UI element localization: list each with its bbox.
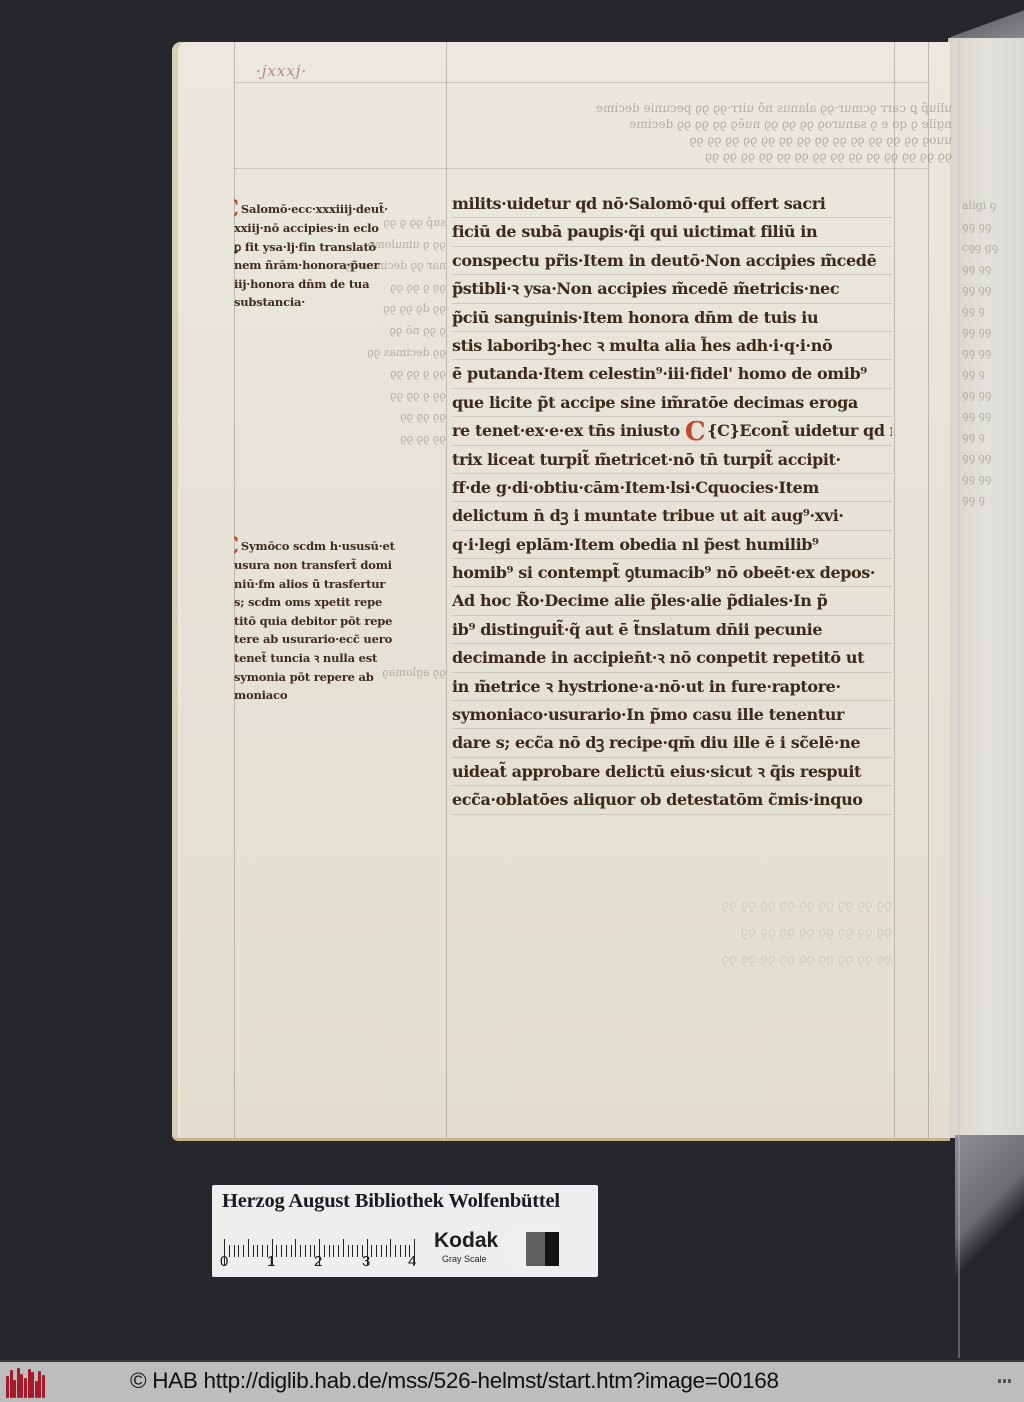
ruler-tick [300,1245,301,1257]
manuscript-viewer: ·jxxxj· uliup̃ ꝑ carr ꝯcmur·ꝯꝯ alanus nõ… [0,0,1024,1360]
ruler-tick [405,1245,406,1257]
show-through-lower: ꝯꝯ ꝯꝯ ꝯꝯ ꝯꝯ ꝯꝯ ꝯꝯ ꝯꝯ ꝯꝯ ꝯꝯ ꝯꝯ ꝯꝯ ꝯꝯ ꝯꝯ ꝯ… [452,892,892,973]
ruler-label: 2 [314,1253,322,1270]
marginal-gloss-2: CSymōco scdm h·ususū·et usura non transf… [234,536,444,705]
ruler-tick [276,1245,277,1257]
ruler-tick [348,1245,349,1257]
ruler-label: 4 [408,1253,416,1270]
rubric-initial: C [234,199,239,219]
hab-logo-icon [6,1368,46,1398]
show-through-text: uliup̃ ꝑ carr ꝯcmur·ꝯꝯ alanus nõ uirr·ꝯꝯ… [252,100,952,164]
marginal-gloss-1: CSalomō·ecc·xxxiiij·deut̃· xxiij·nō acci… [234,199,444,312]
rubric-initial: C [234,536,239,556]
ruler-label: 1 [267,1253,275,1270]
next-leaf-show-through: aligi ꝯꝯꝯ ꝯꝯcꝯꝯ gꝯꝯꝯ ꝯꝯꝯꝯ ꝯꝯ ꝯꝯ ꝯꝯꝯ ꝯꝯꝯꝯ… [962,195,1024,510]
black-swatch [545,1232,559,1266]
ruler-tick [243,1245,244,1257]
ruling-line [234,82,928,83]
ruler-tick [257,1245,258,1257]
folio-number: ·jxxxj· [256,62,307,80]
glass-plate-edge [958,38,960,1358]
ruler-tick [291,1245,292,1257]
ruler-tick [381,1245,382,1257]
copyright-link[interactable]: © HAB http://diglib.hab.de/mss/526-helms… [130,1368,779,1394]
ruler-tick [400,1245,401,1257]
ruler-tick [253,1245,254,1257]
main-text-column: milits·uidetur qd nō·Salomō·qui offert s… [452,190,892,815]
ruler-tick [262,1245,263,1257]
ruler-tick [329,1245,330,1257]
ruler-tick [229,1245,230,1257]
footer-bar: © HAB http://diglib.hab.de/mss/526-helms… [0,1360,1024,1402]
ruler-tick [357,1245,358,1257]
ruler-tick [395,1245,396,1257]
gray-swatch [526,1232,545,1266]
ruler-tick [281,1245,282,1257]
ruling-line [894,42,895,1138]
ruler-tick [295,1239,296,1257]
ruler-tick [333,1245,334,1257]
ruler-tick [286,1245,287,1257]
ruling-line [234,168,928,169]
ruler-tick [338,1245,339,1257]
ruler-tick [386,1245,387,1257]
text-line-with-rubric: re tenet·ex·e·ex tn̄s iniusto C{C}Econt̃… [452,417,892,445]
ruler-tick [371,1245,372,1257]
ruler-tick [238,1245,239,1257]
gray-scale-label: Gray Scale [442,1254,487,1264]
manuscript-page: ·jxxxj· uliup̃ ꝑ carr ꝯcmur·ꝯꝯ alanus nõ… [172,42,950,1141]
next-leaf-fold [950,0,1024,40]
ruler-tick [310,1245,311,1257]
ruler-tick [352,1245,353,1257]
dots-icon [998,1379,1014,1385]
next-leaf-shadow [955,1135,1024,1315]
ruling-line [446,42,447,1138]
ruler-tick [248,1239,249,1257]
library-name: Herzog August Bibliothek Wolfenbüttel [222,1190,560,1213]
ruler-label: 0 [220,1253,228,1270]
kodak-logo: Kodak [434,1229,498,1253]
ruler-label: 3 [362,1253,370,1270]
ruler-tick [376,1245,377,1257]
ruling-line [928,42,929,1138]
ruler-tick [305,1245,306,1257]
ruler-tick [234,1245,235,1257]
rubric-initial: C [685,422,705,442]
ruler-tick [324,1245,325,1257]
ruler-tick [390,1239,391,1257]
ruler-tick [343,1239,344,1257]
